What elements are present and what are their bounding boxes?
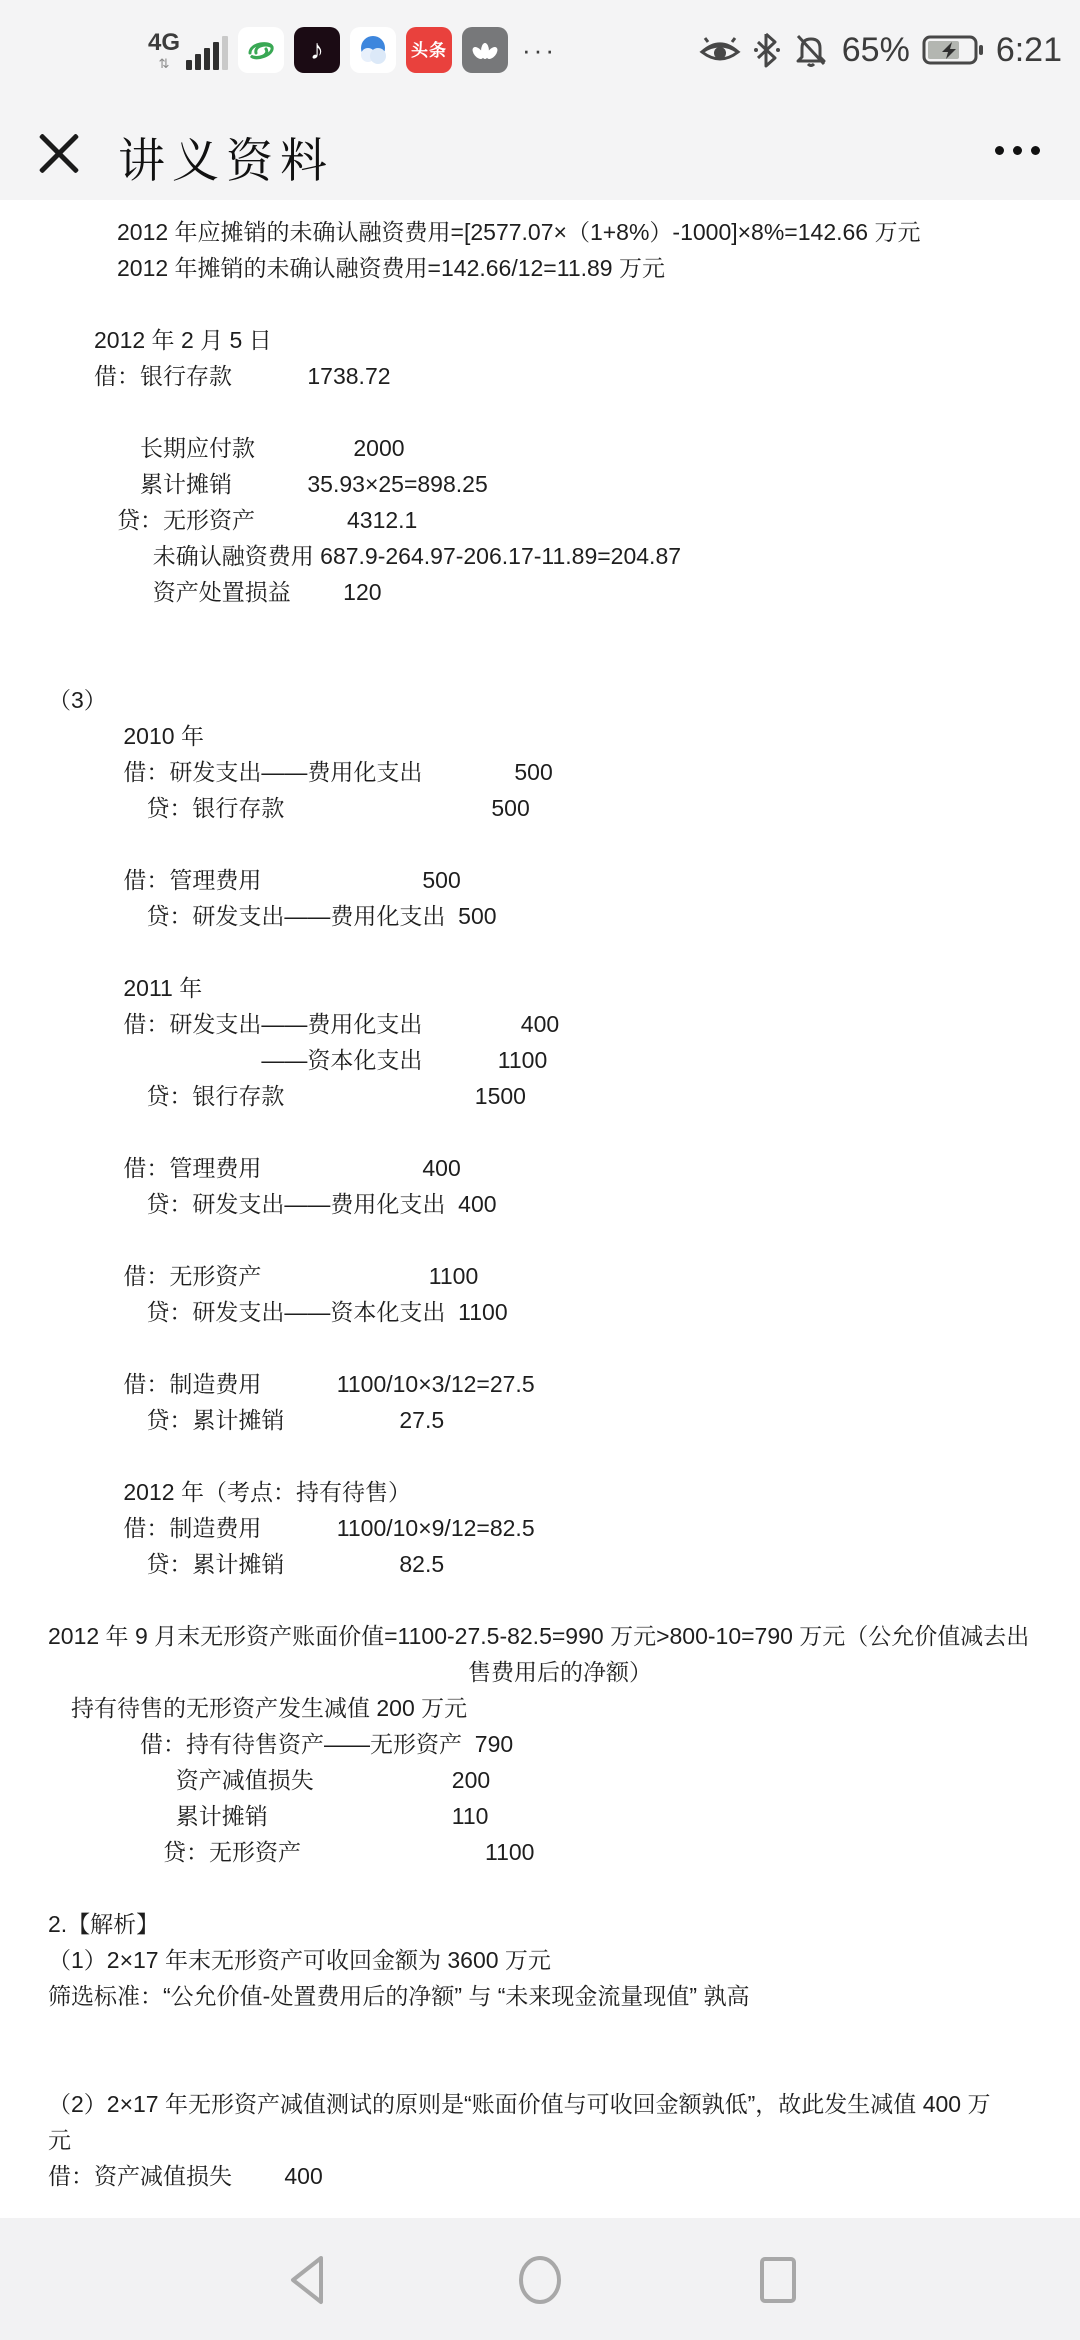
doc-line: 借：银行存款 1738.72: [48, 358, 1072, 394]
network-indicator: 4G ⇅: [148, 31, 228, 70]
doc-line: 借：资产减值损失 400: [48, 2158, 1072, 2194]
doc-line: [48, 286, 1072, 322]
home-circle-icon: [514, 2254, 566, 2306]
doc-line: 贷：研发支出——费用化支出 500: [48, 898, 1072, 934]
toutiao-app-icon: 头条: [406, 27, 452, 73]
doc-line: 借：制造费用 1100/10×3/12=27.5: [48, 1366, 1072, 1402]
top-chrome: 4G ⇅ ♪ 头: [0, 0, 1080, 200]
more-menu-button[interactable]: [989, 140, 1046, 161]
doc-line: 贷：研发支出——资本化支出 1100: [48, 1294, 1072, 1330]
doc-line: [48, 826, 1072, 862]
doc-line: 持有待售的无形资产发生减值 200 万元: [48, 1690, 1072, 1726]
doc-line: [48, 934, 1072, 970]
eye-comfort-icon: [698, 32, 742, 68]
doc-line: [48, 1582, 1072, 1618]
doc-line: [48, 2050, 1072, 2086]
huawei-app-icon: [462, 27, 508, 73]
doc-line: 长期应付款 2000: [48, 430, 1072, 466]
doc-line: 资产处置损益 120: [48, 574, 1072, 610]
toutiao-label: 头条: [411, 42, 447, 59]
doc-line: 2.【解析】: [48, 1906, 1072, 1942]
doc-line: 贷：无形资产 4312.1: [48, 502, 1072, 538]
doc-line: 筛选标准：“公允价值-处置费用后的净额” 与 “未来现金流量现值” 孰高: [48, 1978, 1072, 2014]
doc-line: 2011 年: [48, 970, 1072, 1006]
doc-line: 借：管理费用 500: [48, 862, 1072, 898]
cloud-browser-app-icon: [350, 27, 396, 73]
doc-line: [48, 1870, 1072, 1906]
doc-line: 2012 年 2 月 5 日: [48, 322, 1072, 358]
doc-line: 贷：累计摊销 82.5: [48, 1546, 1072, 1582]
title-bar: 讲义资料: [0, 100, 1080, 200]
doc-line: （2）2×17 年无形资产减值测试的原则是“账面价值与可收回金额孰低”，故此发生…: [48, 2086, 1072, 2122]
doc-line: 借：无形资产 1100: [48, 1258, 1072, 1294]
status-bar-right: 65% 6:21: [698, 18, 1062, 82]
doc-line: [48, 1330, 1072, 1366]
nav-recents-button[interactable]: [752, 2254, 804, 2306]
close-button[interactable]: [36, 130, 82, 176]
status-bar-left: 4G ⇅ ♪ 头: [148, 18, 557, 82]
recents-square-icon: [755, 2254, 801, 2306]
doc-line: 2012 年摊销的未确认融资费用=142.66/12=11.89 万元: [48, 250, 1072, 286]
bluetooth-icon: [754, 32, 780, 68]
doc-line: 贷：研发支出——费用化支出 400: [48, 1186, 1072, 1222]
doc-line: （3）: [48, 682, 1072, 718]
signal-strength-icon: [186, 36, 228, 70]
doc-line: （1）2×17 年末无形资产可收回金额为 3600 万元: [48, 1942, 1072, 1978]
battery-charging-icon: [922, 33, 984, 67]
doc-line: [48, 610, 1072, 646]
green-swirl-app-icon: [238, 27, 284, 73]
doc-line: [48, 1438, 1072, 1474]
doc-line: 未确认融资费用 687.9-264.97-206.17-11.89=204.87: [48, 538, 1072, 574]
doc-line: 资产减值损失 200: [48, 1762, 1072, 1798]
ellipsis-icon: [995, 146, 1004, 155]
doc-line: 贷：累计摊销 27.5: [48, 1402, 1072, 1438]
nav-home-button[interactable]: [514, 2254, 566, 2306]
nav-back-button[interactable]: [282, 2254, 334, 2306]
doc-line: [48, 394, 1072, 430]
doc-line: 贷：无形资产 1100: [48, 1834, 1072, 1870]
back-triangle-icon: [285, 2254, 331, 2306]
music-note-icon: ♪: [310, 36, 324, 64]
doc-line: 借：管理费用 400: [48, 1150, 1072, 1186]
doc-line: [48, 1114, 1072, 1150]
doc-line: 售费用后的净额）: [48, 1654, 1072, 1690]
doc-line: 贷：银行存款 500: [48, 790, 1072, 826]
doc-line: 2012 年（考点：持有待售）: [48, 1474, 1072, 1510]
more-notifications-icon: ···: [522, 35, 557, 66]
navigation-bar: [0, 2218, 1080, 2340]
doc-line: 贷：银行存款 1500: [48, 1078, 1072, 1114]
clock-label: 6:21: [996, 31, 1062, 70]
doc-line: 元: [48, 2122, 1072, 2158]
status-bar: 4G ⇅ ♪ 头: [0, 18, 1080, 82]
mute-bell-icon: [792, 31, 830, 69]
doc-line: ——资本化支出 1100: [48, 1042, 1072, 1078]
network-type-label: 4G: [148, 31, 180, 55]
document-viewer[interactable]: 2012 年应摊销的未确认融资费用=[2577.07×（1+8%）-1000]×…: [0, 200, 1080, 2218]
network-arrows-icon: ⇅: [159, 57, 170, 70]
doc-line: [48, 646, 1072, 682]
doc-line: 借：研发支出——费用化支出 400: [48, 1006, 1072, 1042]
doc-line: 借：制造费用 1100/10×9/12=82.5: [48, 1510, 1072, 1546]
doc-line: [48, 2014, 1072, 2050]
doc-line: [48, 1222, 1072, 1258]
doc-line: 2012 年 9 月末无形资产账面价值=1100-27.5-82.5=990 万…: [48, 1618, 1072, 1654]
doc-line: 2010 年: [48, 718, 1072, 754]
doc-line: 累计摊销 110: [48, 1798, 1072, 1834]
battery-percent-label: 65%: [842, 31, 910, 70]
page-title: 讲义资料: [118, 124, 334, 191]
doc-line: 累计摊销 35.93×25=898.25: [48, 466, 1072, 502]
douyin-app-icon: ♪: [294, 27, 340, 73]
doc-line: 借：研发支出——费用化支出 500: [48, 754, 1072, 790]
doc-line: 借：持有待售资产——无形资产 790: [48, 1726, 1072, 1762]
doc-line: 2012 年应摊销的未确认融资费用=[2577.07×（1+8%）-1000]×…: [48, 214, 1072, 250]
